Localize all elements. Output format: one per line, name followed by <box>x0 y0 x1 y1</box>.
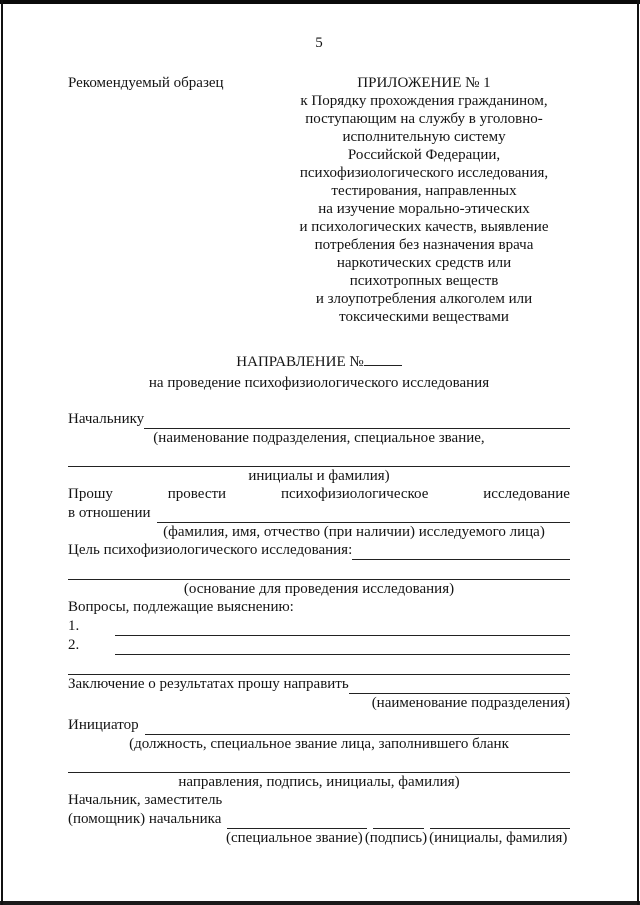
appendix-line: на изучение морально-этических <box>278 200 570 218</box>
initiator-row: Инициатор <box>68 716 570 735</box>
recipient-caption-2: инициалы и фамилия) <box>68 467 570 485</box>
form-subtitle: на проведение психофизиологического иссл… <box>68 373 570 394</box>
page-number: 5 <box>68 34 570 52</box>
appendix-line: психотропных веществ <box>278 272 570 290</box>
recipient-label: Начальнику <box>68 410 144 429</box>
appendix-line: потребления без назначения врача <box>278 236 570 254</box>
document-header: Рекомендуемый образец ПРИЛОЖЕНИЕ № 1 к П… <box>68 74 570 326</box>
name-caption: (инициалы, фамилия) <box>429 829 567 847</box>
regarding-label: в отношении <box>68 504 151 523</box>
form-title: НАПРАВЛЕНИЕ № <box>68 352 570 373</box>
purpose-blank-line-2 <box>68 560 570 580</box>
form-title-block: НАПРАВЛЕНИЕ № на проведение психофизиоло… <box>68 352 570 394</box>
appendix-line: к Порядку прохождения гражданином, <box>278 92 570 110</box>
appendix-line: поступающим на службу в уголовно- <box>278 110 570 128</box>
chief-label-2: (помощник) начальника <box>68 810 221 829</box>
appendix-line: токсическими веществами <box>278 308 570 326</box>
chief-label-1: Начальник, заместитель <box>68 791 570 810</box>
appendix-reference-block: ПРИЛОЖЕНИЕ № 1 к Порядку прохождения гра… <box>278 74 570 326</box>
appendix-line: и злоупотребления алкоголем или <box>278 290 570 308</box>
question-blank-line-1 <box>115 634 570 636</box>
document-page: 5 Рекомендуемый образец ПРИЛОЖЕНИЕ № 1 к… <box>0 0 640 905</box>
question-blank-line-3 <box>68 655 570 675</box>
appendix-line: тестирования, направленных <box>278 182 570 200</box>
initiator-caption-2: направления, подпись, инициалы, фамилия) <box>68 773 570 791</box>
regarding-caption: (фамилия, имя, отчество (при наличии) ис… <box>68 523 570 541</box>
form-number-blank-line <box>364 365 402 366</box>
question-row-2: 2. <box>68 636 570 655</box>
chief-signature-row: (помощник) начальника <box>68 810 570 829</box>
purpose-label: Цель психофизиологического исследования: <box>68 541 352 560</box>
recipient-caption-1: (наименование подразделения, специальное… <box>68 429 570 447</box>
recommended-sample-label: Рекомендуемый образец <box>68 74 224 92</box>
appendix-line: ПРИЛОЖЕНИЕ № 1 <box>278 74 570 92</box>
regarding-row: в отношении <box>68 504 570 523</box>
appendix-line: наркотических средств или <box>278 254 570 272</box>
conclusion-row: Заключение о результатах прошу направить <box>68 675 570 694</box>
page-content: 5 Рекомендуемый образец ПРИЛОЖЕНИЕ № 1 к… <box>0 0 640 905</box>
questions-label: Вопросы, подлежащие выяснению: <box>68 598 570 617</box>
question-blank-line-2 <box>115 653 570 655</box>
request-word: Прошу <box>68 485 113 504</box>
conclusion-label: Заключение о результатах прошу направить <box>68 675 349 694</box>
signature-caption: (подпись) <box>365 829 427 847</box>
purpose-caption: (основание для проведения исследования) <box>68 580 570 598</box>
signature-captions-row: (специальное звание) (подпись) (инициалы… <box>68 829 570 847</box>
purpose-blank-line <box>352 558 570 560</box>
form-title-text: НАПРАВЛЕНИЕ № <box>236 354 363 370</box>
question-number: 2. <box>68 636 79 655</box>
initiator-caption-1: (должность, специальное звание лица, зап… <box>68 735 570 753</box>
form-body: Начальнику (наименование подразделения, … <box>68 410 570 847</box>
appendix-line: психофизиологического исследования, <box>278 164 570 182</box>
recipient-blank-line-2 <box>68 447 570 467</box>
initiator-blank-line-2 <box>68 753 570 773</box>
appendix-line: исполнительную систему <box>278 128 570 146</box>
request-row: Прошу провести психофизиологическое иссл… <box>68 485 570 504</box>
request-word: психофизиологическое <box>281 485 428 504</box>
request-word: провести <box>168 485 226 504</box>
appendix-line: и психологических качеств, выявление <box>278 218 570 236</box>
question-number: 1. <box>68 617 79 636</box>
purpose-row: Цель психофизиологического исследования: <box>68 541 570 560</box>
rank-caption: (специальное звание) <box>226 829 363 847</box>
request-word: исследование <box>483 485 570 504</box>
appendix-line: Российской Федерации, <box>278 146 570 164</box>
recipient-row: Начальнику <box>68 410 570 429</box>
initiator-label: Инициатор <box>68 716 139 735</box>
question-row-1: 1. <box>68 617 570 636</box>
conclusion-caption: (наименование подразделения) <box>68 694 570 712</box>
